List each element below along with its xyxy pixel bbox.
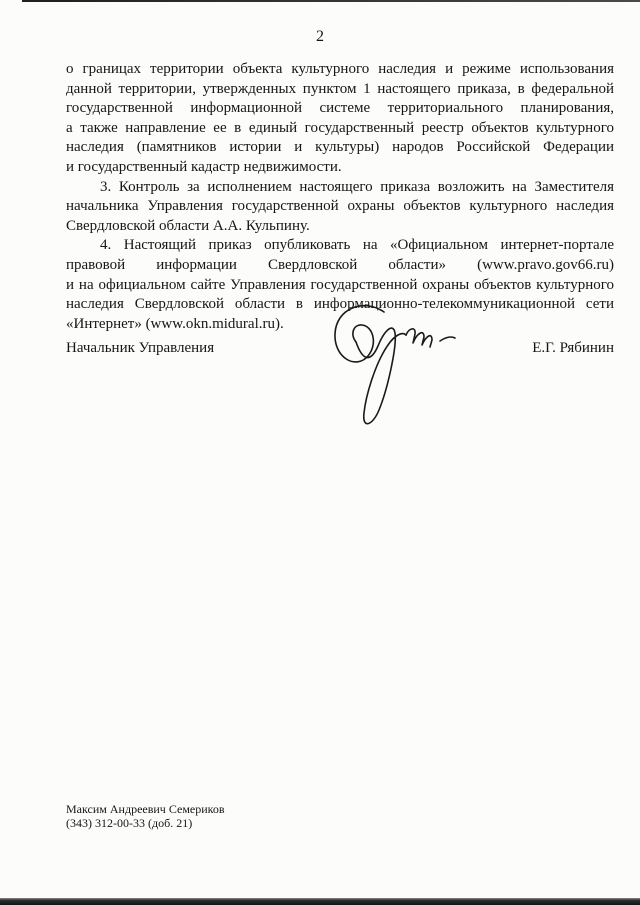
- signer-name: Е.Г. Рябинин: [532, 339, 614, 358]
- text-line: начальника Управления государственной ох…: [66, 197, 614, 217]
- text-line: и на официальном сайте Управления госуда…: [66, 276, 614, 296]
- text-line: государственной информационной системе т…: [66, 99, 614, 119]
- text-line: Свердловской области А.А. Кульпину.: [66, 217, 614, 237]
- text-line: а также направление ее в единый государс…: [66, 119, 614, 139]
- paragraph-continuation: о границах территории объекта культурног…: [66, 60, 614, 178]
- order-item-3: 3. Контроль за исполнением настоящего пр…: [66, 178, 614, 237]
- executor-phone: (343) 312-00-33 (доб. 21): [66, 817, 225, 831]
- text-line: наследия Свердловской области в информац…: [66, 295, 614, 315]
- text-line: и государственный кадастр недвижимости.: [66, 158, 614, 178]
- text-line: о границах территории объекта культурног…: [66, 60, 614, 80]
- executor-name: Максим Андреевич Семериков: [66, 803, 225, 817]
- text-line: 4. Настоящий приказ опубликовать на «Офи…: [66, 236, 614, 256]
- text-line: наследия (памятников истории и культуры)…: [66, 138, 614, 158]
- document-page: 2 о границах территории объекта культурн…: [0, 0, 640, 905]
- order-item-4: 4. Настоящий приказ опубликовать на «Офи…: [66, 236, 614, 334]
- text-line: 3. Контроль за исполнением настоящего пр…: [66, 178, 614, 198]
- scan-edge-top-line: [22, 0, 640, 2]
- signature-block: Начальник Управления Е.Г. Рябинин: [66, 339, 614, 358]
- text-line: данной территории, утвержденных пунктом …: [66, 80, 614, 100]
- executor-footer: Максим Андреевич Семериков (343) 312-00-…: [66, 803, 225, 830]
- signer-position-title: Начальник Управления: [66, 339, 214, 358]
- document-body: о границах территории объекта культурног…: [66, 60, 614, 334]
- text-line: «Интернет» (www.okn.midural.ru).: [66, 315, 614, 335]
- scan-edge-bottom-bar: [0, 898, 640, 905]
- text-line: правовой информации Свердловской области…: [66, 256, 614, 276]
- page-number: 2: [0, 28, 640, 46]
